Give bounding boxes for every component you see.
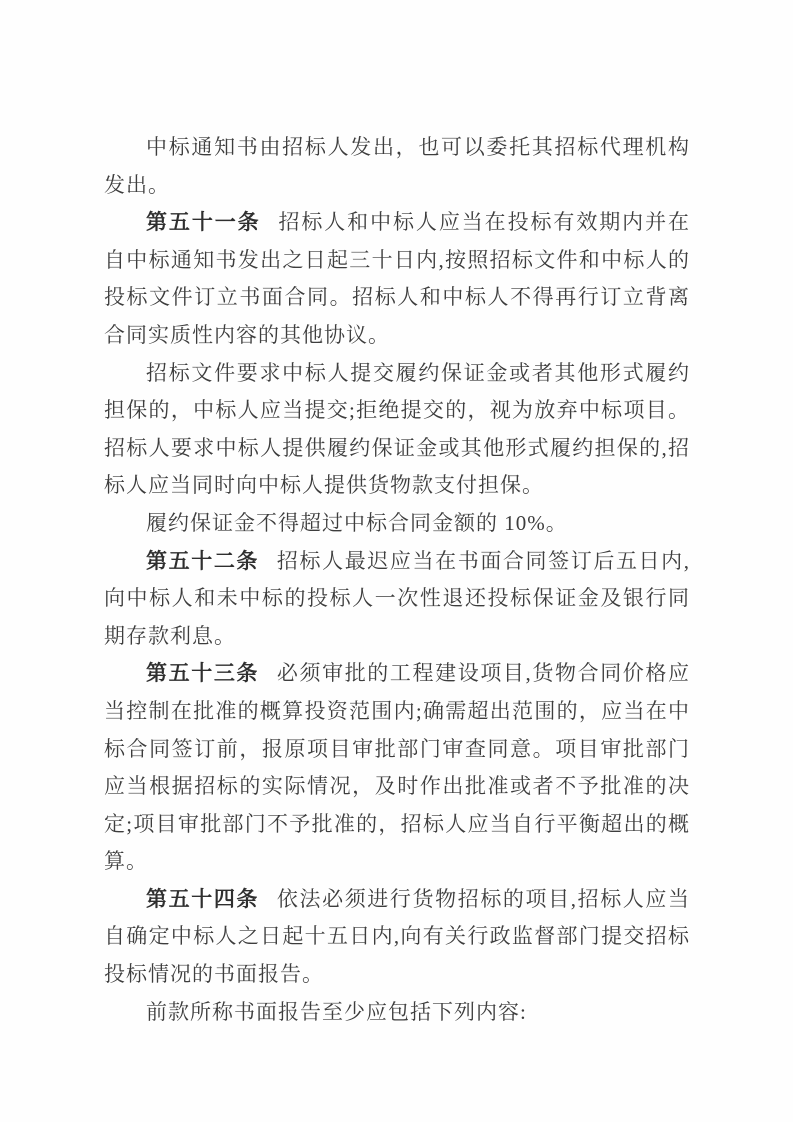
paragraph-article-54: 第五十四条依法必须进行货物招标的项目,招标人应当自确定中标人之日起十五日内,向有… (104, 881, 690, 994)
article-number: 第五十二条 (146, 550, 259, 573)
paragraph-article-52: 第五十二条招标人最迟应当在书面合同签订后五日内,向中标人和未中标的投标人一次性退… (104, 543, 690, 656)
article-number: 第五十三条 (146, 662, 259, 685)
paragraph: 前款所称书面报告至少应包括下列内容: (104, 994, 690, 1032)
paragraph: 中标通知书由招标人发出，也可以委托其招标代理机构发出。 (104, 129, 690, 204)
paragraph-article-51: 第五十一条招标人和中标人应当在投标有效期内并在自中标通知书发出之日起三十日内,按… (104, 204, 690, 354)
article-number: 第五十四条 (146, 888, 259, 911)
article-number: 第五十一条 (146, 211, 261, 234)
paragraph: 履约保证金不得超过中标合同金额的 10%。 (104, 505, 690, 543)
document-body: 中标通知书由招标人发出，也可以委托其招标代理机构发出。 第五十一条招标人和中标人… (104, 129, 690, 1031)
paragraph-text: 必须审批的工程建设项目,货物合同价格应当控制在批准的概算投资范围内;确需超出范围… (104, 661, 690, 873)
paragraph: 招标文件要求中标人提交履约保证金或者其他形式履约担保的，中标人应当提交;拒绝提交… (104, 355, 690, 505)
paragraph-text: 中标通知书由招标人发出，也可以委托其招标代理机构发出。 (104, 135, 690, 197)
paragraph-text: 招标文件要求中标人提交履约保证金或者其他形式履约担保的，中标人应当提交;拒绝提交… (104, 361, 690, 498)
paragraph-text: 前款所称书面报告至少应包括下列内容: (146, 1000, 527, 1024)
document-page: 中标通知书由招标人发出，也可以委托其招标代理机构发出。 第五十一条招标人和中标人… (0, 0, 793, 1122)
paragraph-text: 履约保证金不得超过中标合同金额的 10%。 (146, 511, 568, 535)
paragraph-article-53: 第五十三条必须审批的工程建设项目,货物合同价格应当控制在批准的概算投资范围内;确… (104, 655, 690, 881)
